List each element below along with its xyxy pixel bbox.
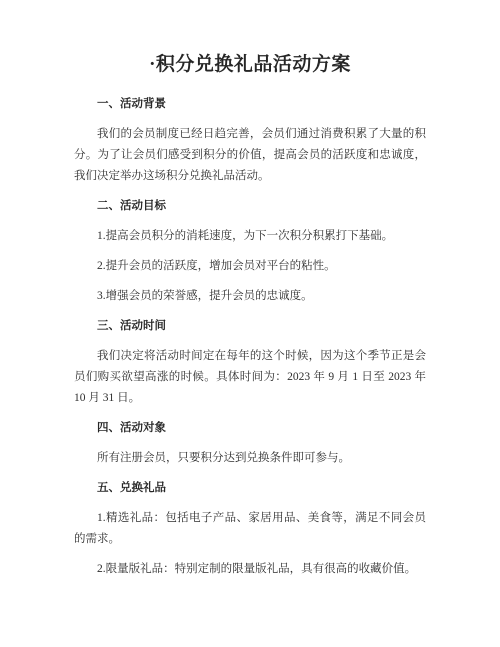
paragraph-background: 我们的会员制度已经日趋完善，会员们通过消费积累了大量的积分。为了让会员们感受到积… [74,124,426,187]
paragraph-goal-2: 2.提升会员的活跃度，增加会员对平台的粘性。 [74,256,426,277]
section-heading-time: 三、活动时间 [74,316,426,337]
paragraph-gift-2: 2.限量版礼品：特别定制的限量版礼品，具有很高的收藏价值。 [74,559,426,580]
document-page: ·积分兑换礼品活动方案 一、活动背景 我们的会员制度已经日趋完善，会员们通过消费… [0,0,500,647]
section-heading-goals: 二、活动目标 [74,196,426,217]
paragraph-audience: 所有注册会员，只要积分达到兑换条件即可参与。 [74,448,426,469]
document-title: ·积分兑换礼品活动方案 [74,52,426,78]
section-activity-time: 三、活动时间 我们决定将活动时间定在每年的这个时候，因为这个季节正是会员们购买欲… [74,316,426,409]
document-content: ·积分兑换礼品活动方案 一、活动背景 我们的会员制度已经日趋完善，会员们通过消费… [0,0,500,580]
paragraph-time: 我们决定将活动时间定在每年的这个时候，因为这个季节正是会员们购买欲望高涨的时候。… [74,346,426,409]
section-heading-background: 一、活动背景 [74,94,426,115]
section-activity-audience: 四、活动对象 所有注册会员，只要积分达到兑换条件即可参与。 [74,418,426,469]
section-activity-goals: 二、活动目标 1.提高会员积分的消耗速度，为下一次积分积累打下基础。 2.提升会… [74,196,426,307]
section-heading-audience: 四、活动对象 [74,418,426,439]
section-redeem-gifts: 五、兑换礼品 1.精选礼品：包括电子产品、家居用品、美食等，满足不同会员的需求。… [74,478,426,580]
paragraph-gift-1: 1.精选礼品：包括电子产品、家居用品、美食等，满足不同会员的需求。 [74,508,426,550]
paragraph-goal-1: 1.提高会员积分的消耗速度，为下一次积分积累打下基础。 [74,226,426,247]
paragraph-goal-3: 3.增强会员的荣誉感，提升会员的忠诚度。 [74,286,426,307]
section-activity-background: 一、活动背景 我们的会员制度已经日趋完善，会员们通过消费积累了大量的积分。为了让… [74,94,426,187]
section-heading-gifts: 五、兑换礼品 [74,478,426,499]
